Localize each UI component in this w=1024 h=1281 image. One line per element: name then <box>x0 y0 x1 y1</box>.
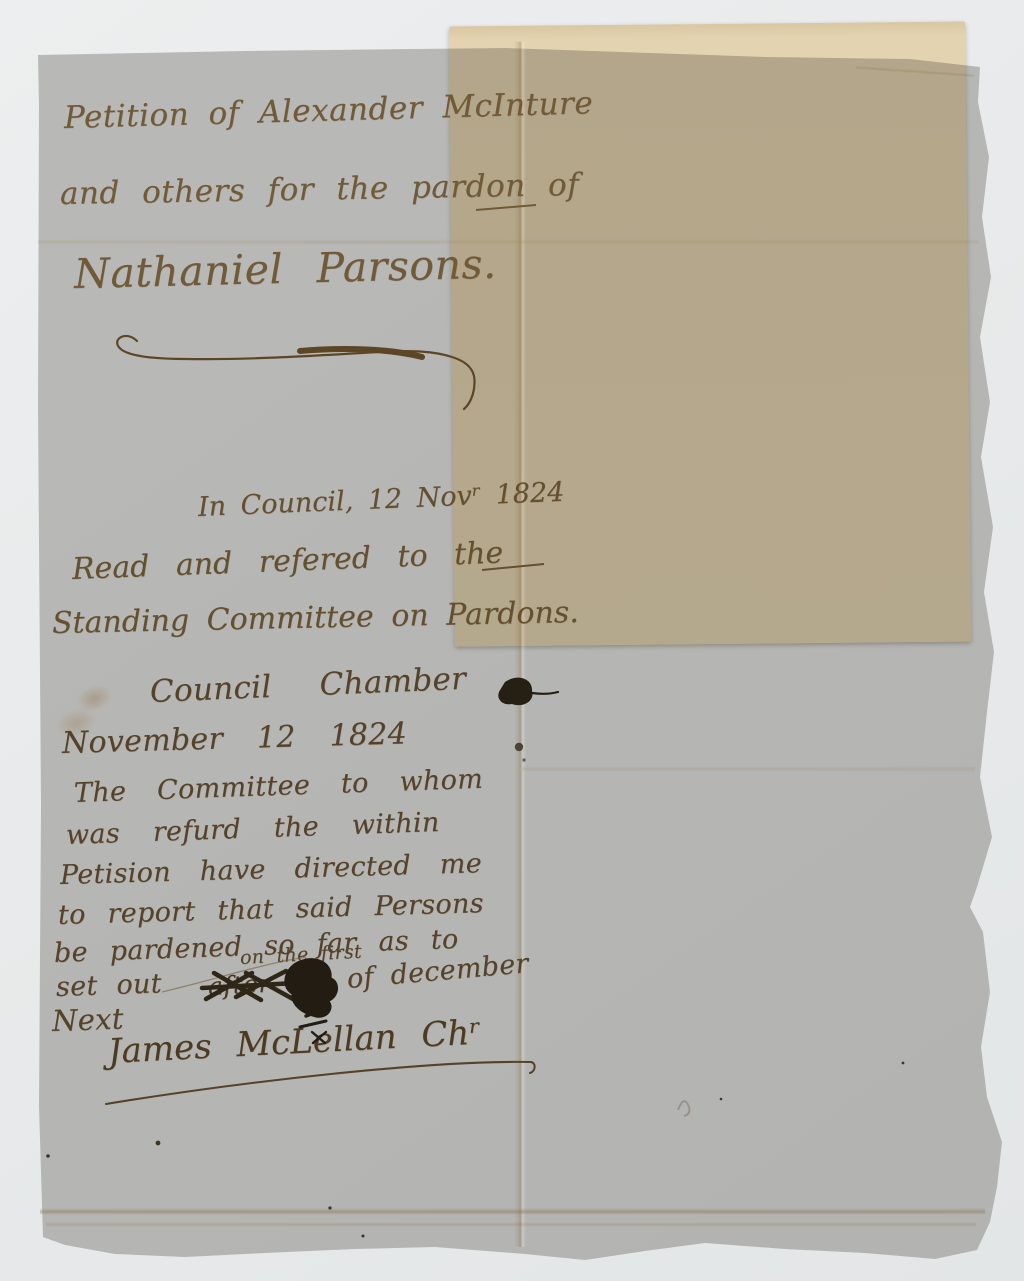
horizontal-crease-bottom-2 <box>46 1222 976 1227</box>
council-line-2: Read and refered to the <box>71 535 504 587</box>
petition-document: Petition of Alexander McInture and other… <box>0 0 1024 1281</box>
docket-line-1: Petition of Alexander McInture <box>63 85 593 136</box>
fold-ink-spot <box>515 743 523 751</box>
report-line-2: was refurd the within <box>65 807 440 851</box>
title-flourish-thick <box>300 349 422 357</box>
report-struck-word: after <box>207 969 271 1001</box>
paper-specks <box>46 1062 904 1238</box>
fold-ink-spot-2 <box>522 758 525 761</box>
horizontal-crease-bottom <box>40 1208 985 1215</box>
council-line-3: Standing Committee on Pardons. <box>52 595 579 641</box>
report-line-1: The Committee to whom <box>73 764 483 809</box>
corner-crease-top-right <box>856 65 986 78</box>
chamber-ink-blot <box>498 678 558 705</box>
signature-name: James McLellan Chʳ <box>107 1012 482 1071</box>
docket-line-2: and others for the pardon of <box>60 167 580 212</box>
pencil-mark <box>678 1101 689 1116</box>
horizontal-crease-upper <box>38 239 978 245</box>
vertical-fold-crease <box>514 41 526 1247</box>
report-heading: Council Chamber <box>149 661 467 710</box>
pen-tail-1 <box>476 205 536 210</box>
report-amended-pre: set out <box>55 968 162 1003</box>
scan-background: Petition of Alexander McInture and other… <box>0 0 1024 1281</box>
report-line-3: Petision have directed me <box>60 848 483 891</box>
background-speck <box>1004 939 1008 943</box>
title-flourish <box>117 336 474 409</box>
docket-line-3: Nathaniel Parsons. <box>73 240 497 298</box>
horizontal-crease-middle <box>522 766 977 772</box>
council-line-1: In Council, 12 Novʳ 1824 <box>197 477 565 523</box>
